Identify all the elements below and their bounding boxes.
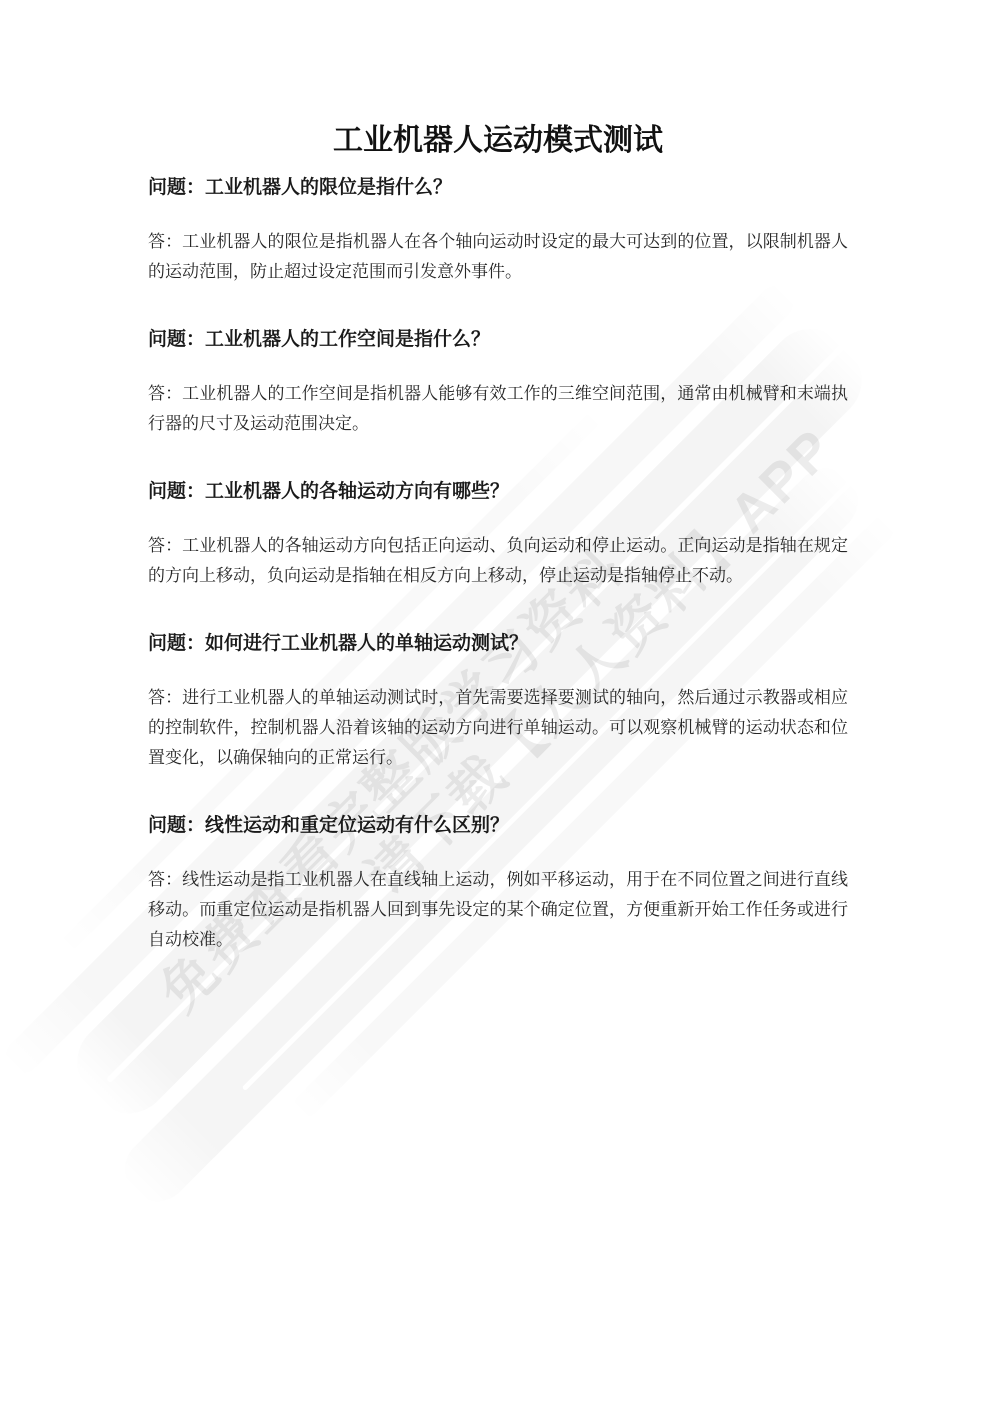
qa-section-2: 问题：工业机器人的工作空间是指什么？ 答：工业机器人的工作空间是指机器人能够有效…: [148, 287, 848, 439]
question-heading: 问题：线性运动和重定位运动有什么区别？: [148, 773, 848, 838]
answer-paragraph: 答：工业机器人的各轴运动方向包括正向运动、负向运动和停止运动。正向运动是指轴在规…: [148, 531, 848, 591]
answer-paragraph: 答：进行工业机器人的单轴运动测试时，首先需要选择要测试的轴向，然后通过示教器或相…: [148, 683, 848, 773]
qa-section-4: 问题：如何进行工业机器人的单轴运动测试？ 答：进行工业机器人的单轴运动测试时，首…: [148, 591, 848, 773]
document-title: 工业机器人运动模式测试: [148, 122, 848, 160]
answer-paragraph: 答：线性运动是指工业机器人在直线轴上运动，例如平移运动，用于在不同位置之间进行直…: [148, 865, 848, 955]
document-page: 免费查看完整版学习资料 请下载【人人资料】APP 工业机器人运动模式测试 问题：…: [0, 0, 993, 1404]
question-heading: 问题：如何进行工业机器人的单轴运动测试？: [148, 591, 848, 656]
qa-section-1: 问题：工业机器人的限位是指什么？ 答：工业机器人的限位是指机器人在各个轴向运动时…: [148, 176, 848, 287]
answer-paragraph: 答：工业机器人的限位是指机器人在各个轴向运动时设定的最大可达到的位置，以限制机器…: [148, 227, 848, 287]
document-content: 工业机器人运动模式测试 问题：工业机器人的限位是指什么？ 答：工业机器人的限位是…: [0, 0, 993, 955]
question-heading: 问题：工业机器人的工作空间是指什么？: [148, 287, 848, 352]
qa-section-5: 问题：线性运动和重定位运动有什么区别？ 答：线性运动是指工业机器人在直线轴上运动…: [148, 773, 848, 955]
question-heading: 问题：工业机器人的限位是指什么？: [148, 176, 848, 200]
question-heading: 问题：工业机器人的各轴运动方向有哪些？: [148, 439, 848, 504]
answer-paragraph: 答：工业机器人的工作空间是指机器人能够有效工作的三维空间范围，通常由机械臂和末端…: [148, 379, 848, 439]
qa-section-3: 问题：工业机器人的各轴运动方向有哪些？ 答：工业机器人的各轴运动方向包括正向运动…: [148, 439, 848, 591]
